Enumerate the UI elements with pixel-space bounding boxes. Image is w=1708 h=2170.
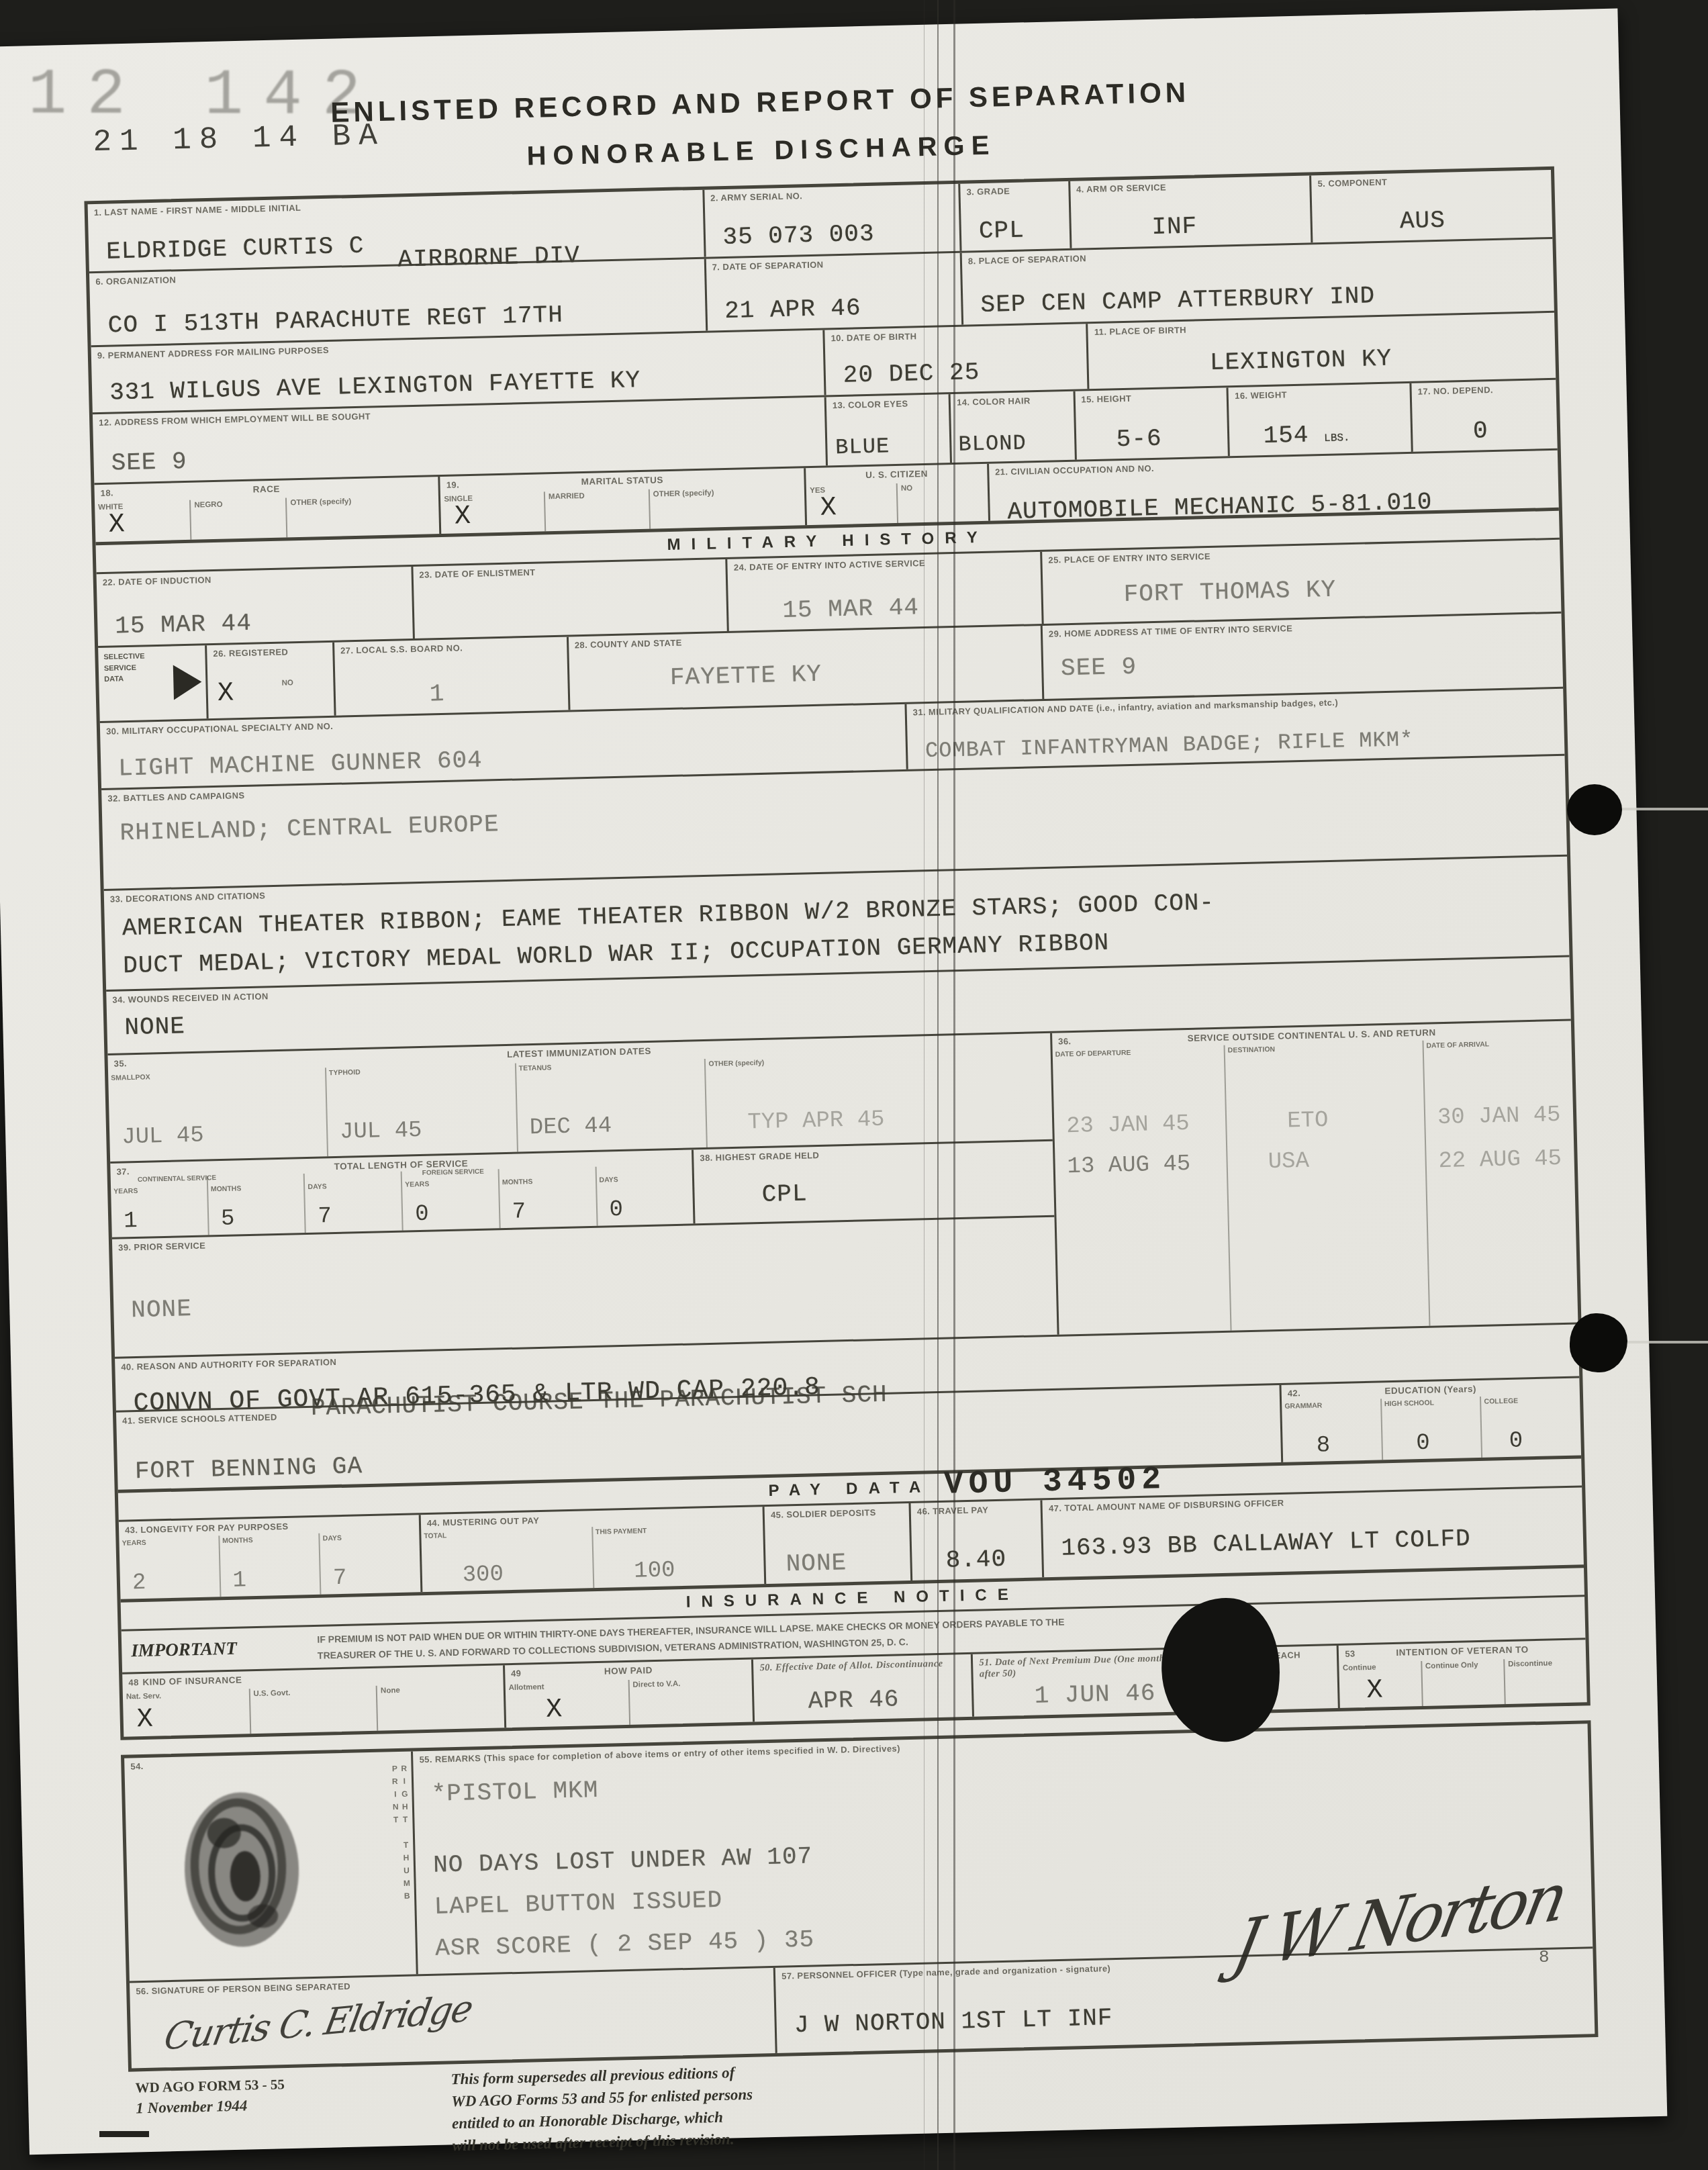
supersedes-note: This form supersedes all previous editio…	[450, 2061, 754, 2157]
foreign-years-value: 0	[415, 1202, 429, 1227]
field-6-value: CO I 513TH PARACHUTE REGT 17TH	[107, 301, 563, 340]
field-6-value2: AIRBORNE DIV	[397, 242, 580, 273]
registered-yes-mark: X	[217, 678, 234, 709]
kind-none: None	[376, 1683, 504, 1730]
edge-mark: 8	[1539, 1947, 1550, 1967]
field-48-kind: 48 KIND OF INSURANCE Nat. Serv.X U.S. Go…	[122, 1665, 504, 1736]
field-15-value: 5-6	[1116, 425, 1162, 454]
field-28-label: 28. COUNTY AND STATE	[575, 638, 682, 651]
field-56-label: 56. SIGNATURE OF PERSON BEING SEPARATED	[136, 1981, 350, 1997]
separatee-signature: Curtis C. Eldridge	[160, 1987, 475, 2059]
field-11-label: 11. PLACE OF BIRTH	[1094, 325, 1187, 338]
mustering-total-value: 300	[462, 1562, 504, 1588]
continental-years: CONTINENTAL SERVICEYEARS1	[111, 1176, 208, 1237]
marital-other: OTHER (specify)	[649, 485, 806, 528]
field-43-longevity: 43. LONGEVITY FOR PAY PURPOSES YEARS2 MO…	[119, 1515, 420, 1599]
field-23-enlistment: 23. DATE OF ENLISTMENT	[411, 559, 727, 639]
field-9-value: 331 WILGUS AVE LEXINGTON FAYETTE KY	[109, 367, 641, 407]
how-paid-options: AllotmentX Direct to V.A.	[505, 1677, 753, 1728]
citizen-yes: YESX	[806, 483, 897, 525]
immunization-smallpox: SMALLPOX JUL 45	[108, 1068, 327, 1161]
mustering-cols: TOTAL300 THIS PAYMENT100	[421, 1523, 764, 1592]
field-27-label: 27. LOCAL S.S. BOARD NO.	[340, 643, 463, 656]
field-1-label: 1. LAST NAME - FIRST NAME - MIDDLE INITI…	[94, 203, 301, 218]
important-label: IMPORTANT	[131, 1638, 237, 1662]
how-paid-allotment: AllotmentX	[505, 1680, 628, 1728]
field-13-label: 13. COLOR EYES	[833, 399, 908, 411]
field-49-how-paid: 49 HOW PAID AllotmentX Direct to V.A.	[503, 1660, 753, 1728]
field-32-value: RHINELAND; CENTRAL EUROPE	[120, 810, 500, 847]
important-cell: IMPORTANT	[122, 1627, 313, 1672]
field-3-label: 3. GRADE	[966, 186, 1010, 197]
field-57-label: 57. PERSONNEL OFFICER (Type name, grade …	[781, 1963, 1110, 1981]
field-5-label: 5. COMPONENT	[1317, 177, 1387, 189]
education-college: COLLEGE0	[1480, 1394, 1581, 1457]
field-3-grade: 3. GRADE CPL	[958, 181, 1070, 251]
field-16-label: 16. WEIGHT	[1235, 389, 1287, 401]
citizen-no: NO	[896, 481, 988, 523]
field-37-length: 37. TOTAL LENGTH OF SERVICE CONTINENTAL …	[110, 1149, 694, 1237]
kind-us-govt: U.S. Govt.	[248, 1686, 377, 1734]
arrow-right-icon	[173, 664, 202, 700]
field-23-label: 23. DATE OF ENLISTMENT	[419, 567, 536, 581]
scan-mark	[99, 2131, 149, 2137]
field-39-value: NONE	[131, 1295, 192, 1324]
foreign-days-value: 0	[609, 1197, 623, 1223]
registered-no-label: NO	[281, 679, 293, 687]
education-grammar: GRAMMAR8	[1282, 1399, 1382, 1462]
field-25-value: FORT THOMAS KY	[1123, 576, 1336, 608]
row-mid: 35. LATEST IMMUNIZATION DATES SMALLPOX J…	[107, 1019, 1578, 1357]
serial-stamp: 21 18 14 BA	[93, 118, 386, 160]
weight-unit: LBS.	[1324, 432, 1350, 444]
field-38-value: CPL	[761, 1180, 808, 1209]
field-57-personnel-officer: 57. PERSONNEL OFFICER (Type name, grade …	[773, 1948, 1595, 2053]
field-24-label: 24. DATE OF ENTRY INTO ACTIVE SERVICE	[734, 558, 926, 573]
field-48-num: 48	[128, 1677, 139, 1688]
field-7-label: 7. DATE OF SEPARATION	[712, 259, 823, 272]
field-25-entry-place: 25. PLACE OF ENTRY INTO SERVICE FORT THO…	[1040, 540, 1561, 624]
departure-col: DATE OF DEPARTURE 23 JAN 45 13 AUG 45	[1053, 1045, 1231, 1335]
field-8-place-separation: 8. PLACE OF SEPARATION SEP CEN CAMP ATTE…	[960, 239, 1554, 325]
intention-options: ContinueX Continue Only Discontinue	[1339, 1657, 1587, 1708]
field-15-label: 15. HEIGHT	[1081, 393, 1131, 405]
field-29-label: 29. HOME ADDRESS AT TIME OF ENTRY INTO S…	[1049, 623, 1293, 639]
destination-1: ETO	[1287, 1108, 1329, 1134]
how-paid-direct: Direct to V.A.	[628, 1677, 753, 1725]
field-4-value: INF	[1151, 212, 1198, 241]
field-52-premium: 52. PREMIUM DUE EACH MONTH	[1183, 1646, 1338, 1711]
field-56-signature: 56. SIGNATURE OF PERSON BEING SEPARATED …	[130, 1968, 775, 2069]
field-22-label: 22. DATE OF INDUCTION	[103, 575, 211, 587]
field-39-label: 39. PRIOR SERVICE	[118, 1241, 205, 1254]
field-30-value: LIGHT MACHINE GUNNER 604	[118, 747, 483, 783]
field-41-value2: FORT BENNING GA	[135, 1452, 363, 1485]
field-25-label: 25. PLACE OF ENTRY INTO SERVICE	[1048, 551, 1211, 565]
destination-2: USA	[1268, 1149, 1309, 1175]
intention-discontinue: Discontinue	[1503, 1657, 1587, 1704]
field-22-induction: 22. DATE OF INDUCTION 15 MAR 44	[97, 567, 413, 646]
field-14-value: BLOND	[958, 430, 1027, 457]
field-5-value: AUS	[1400, 207, 1446, 236]
field-12-label: 12. ADDRESS FROM WHICH EMPLOYMENT WILL B…	[99, 411, 371, 428]
field-48-title: KIND OF INSURANCE	[142, 1674, 242, 1687]
scan-fold-line	[924, 0, 924, 2170]
remarks-line3: LAPEL BUTTON ISSUED	[434, 1887, 722, 1921]
field-10-label: 10. DATE OF BIRTH	[831, 331, 916, 344]
field-38-label: 38. HIGHEST GRADE HELD	[700, 1150, 819, 1164]
field-50-label: 50. Effective Date of Allot. Discontinua…	[759, 1658, 965, 1674]
college-years: 0	[1509, 1428, 1523, 1454]
field-51-label: 51. Date of Next Premium Due (One month …	[979, 1653, 1178, 1681]
race-white: WHITEX	[95, 500, 191, 542]
intention-mark: X	[1366, 1675, 1383, 1706]
field-16-value: 154 LBS.	[1263, 420, 1350, 450]
longevity-years: YEARS2	[119, 1536, 220, 1599]
field-20-title: U. S. CITIZEN	[806, 467, 988, 481]
longevity-cols: YEARS2 MONTHS1 DAYS7	[119, 1531, 420, 1599]
immunization-other: OTHER (specify) TYP APR 45	[704, 1051, 1056, 1147]
field-8-value: SEP CEN CAMP ATTERBURY IND	[980, 282, 1376, 319]
other-date: TYP APR 45	[747, 1107, 885, 1136]
field-49-title: HOW PAID	[505, 1663, 752, 1679]
field-46-travel: 46. TRAVEL PAY 8.40	[909, 1500, 1043, 1581]
tetanus-date: DEC 44	[529, 1113, 612, 1141]
grammar-years: 8	[1316, 1433, 1330, 1458]
field-55-label: 55. REMARKS (This space for completion o…	[419, 1743, 900, 1764]
field-50-effective: 50. Effective Date of Allot. Discontinua…	[751, 1654, 972, 1722]
field-3-value: CPL	[978, 216, 1025, 245]
field-8-label: 8. PLACE OF SEPARATION	[968, 253, 1086, 267]
field-30-label: 30. MILITARY OCCUPATIONAL SPECIALTY AND …	[106, 721, 333, 737]
field-13-value: BLUE	[835, 434, 890, 460]
field-34-value: NONE	[124, 1012, 185, 1041]
mustering-payment: THIS PAYMENT100	[591, 1523, 765, 1588]
arrival-1: 30 JAN 45	[1437, 1102, 1561, 1131]
field-9-label: 9. PERMANENT ADDRESS FOR MAILING PURPOSE…	[97, 345, 330, 361]
highschool-years: 0	[1416, 1431, 1430, 1456]
field-27-value: 1	[429, 680, 445, 708]
field-5-component: 5. COMPONENT AUS	[1309, 170, 1552, 242]
field-33-label: 33. DECORATIONS AND CITATIONS	[110, 890, 266, 904]
field-54-num: 54.	[130, 1761, 144, 1772]
mid-left: 35. LATEST IMMUNIZATION DATES SMALLPOX J…	[107, 1033, 1057, 1357]
field-24-active-service: 24. DATE OF ENTRY INTO ACTIVE SERVICE 15…	[726, 552, 1042, 631]
mustering-total: TOTAL300	[421, 1527, 593, 1592]
field-2-serial: 2. ARMY SERIAL NO. 35 073 003	[702, 184, 960, 257]
departure-1: 23 JAN 45	[1066, 1111, 1190, 1139]
education-highschool: HIGH SCHOOL0	[1380, 1397, 1482, 1460]
marital-single: SINGLEX	[440, 491, 544, 534]
smallpox-date: JUL 45	[122, 1123, 204, 1150]
remarks-line1: *PISTOL MKM	[431, 1777, 599, 1808]
foreign-months: MONTHS7	[497, 1167, 596, 1229]
field-53-title: INTENTION OF VETERAN TO	[1339, 1643, 1586, 1659]
typhoid-date: JUL 45	[340, 1118, 422, 1145]
foreign-months-value: 7	[512, 1200, 526, 1225]
field-44-label: 44. MUSTERING OUT PAY	[427, 1515, 540, 1529]
mustering-payment-value: 100	[634, 1558, 675, 1584]
arrival-col: DATE OF ARRIVAL 30 JAN 45 22 AUG 45	[1422, 1037, 1580, 1325]
overseas-cols: DATE OF DEPARTURE 23 JAN 45 13 AUG 45 DE…	[1053, 1037, 1578, 1335]
field-51-next-premium: 51. Date of Next Premium Due (One month …	[971, 1649, 1184, 1716]
scanned-paper: 12 142 ENLISTED RECORD AND REPORT OF SEP…	[0, 9, 1667, 2155]
remarks-line2: NO DAYS LOST UNDER AW 107	[433, 1843, 813, 1879]
punch-hole	[1567, 784, 1622, 835]
field-18-race: 18. RACE WHITEX NEGRO OTHER (specify)	[94, 477, 439, 542]
race-other: OTHER (specify)	[285, 494, 439, 537]
field-14-label: 14. COLOR HAIR	[957, 395, 1031, 408]
kind-options: Nat. Serv.X U.S. Govt. None	[123, 1683, 504, 1736]
field-1-value: ELDRIDGE CURTIS C	[106, 232, 365, 266]
education-cols: GRAMMAR8 HIGH SCHOOL0 COLLEGE0	[1282, 1394, 1581, 1462]
field-53-intention: 53 INTENTION OF VETERAN TO ContinueX Con…	[1337, 1640, 1587, 1708]
field-47-label: 47. TOTAL AMOUNT NAME OF DISBURSING OFFI…	[1049, 1498, 1284, 1514]
field-14-hair: 14. COLOR HAIR BLOND	[949, 391, 1075, 463]
citizen-options: YESX NO	[806, 481, 988, 525]
field-29-home-address: 29. HOME ADDRESS AT TIME OF ENTRY INTO S…	[1041, 614, 1563, 699]
field-45-label: 45. SOLDIER DEPOSITS	[771, 1507, 876, 1520]
punch-hole	[1570, 1313, 1627, 1372]
scan-fold-line	[953, 0, 955, 2170]
field-44-mustering: 44. MUSTERING OUT PAY TOTAL300 THIS PAYM…	[419, 1507, 765, 1592]
field-4-arm: 4. ARM OR SERVICE INF	[1068, 175, 1311, 248]
field-47-value: 163.93 BB CALLAWAY LT COLFD	[1061, 1525, 1471, 1562]
field-38-grade-held: 38. HIGHEST GRADE HELD CPL	[692, 1141, 1054, 1224]
field-26-label: 26. REGISTERED	[213, 647, 288, 659]
longevity-days-value: 7	[333, 1566, 347, 1591]
field-2-label: 2. ARMY SERIAL NO.	[710, 191, 802, 203]
immunization-typhoid: TYPHOID JUL 45	[325, 1064, 517, 1156]
field-15-height: 15. HEIGHT 5-6	[1073, 387, 1228, 459]
foreign-days: DAYS0	[595, 1164, 694, 1226]
field-29-value: SEE 9	[1061, 653, 1137, 683]
scan-fold-line	[937, 0, 939, 2170]
field-17-value: 0	[1473, 417, 1489, 445]
longevity-months: MONTHS1	[218, 1534, 320, 1597]
marital-married: MARRIED	[544, 489, 649, 532]
intention-continue: ContinueX	[1339, 1661, 1422, 1708]
field-6-label: 6. ORGANIZATION	[95, 275, 176, 287]
field-28-value: FAYETTE KY	[670, 661, 822, 692]
field-17-label: 17. NO. DEPEND.	[1417, 385, 1493, 397]
race-negro: NEGRO	[189, 498, 287, 539]
field-16-weight: 16. WEIGHT 154 LBS.	[1227, 383, 1411, 456]
remarks-line4: ASR SCORE ( 2 SEP 45 ) 35	[435, 1926, 815, 1963]
field-26-registered: 26. REGISTERED X NO	[205, 643, 334, 718]
field-22-value: 15 MAR 44	[115, 610, 252, 641]
intention-continue-only: Continue Only	[1421, 1659, 1505, 1706]
field-45-value: NONE	[786, 1549, 847, 1578]
field-7-date-separation: 7. DATE OF SEPARATION 21 APR 46	[704, 253, 961, 331]
destination-col: DESTINATION ETO USA	[1224, 1041, 1429, 1331]
citizen-yes-mark: X	[820, 493, 837, 524]
field-34-label: 34. WOUNDS RECEIVED IN ACTION	[112, 991, 268, 1005]
field-27-board: 27. LOCAL S.S. BOARD NO. 1	[332, 637, 568, 716]
field-12-value: SEE 9	[111, 448, 187, 477]
field-2-value: 35 073 003	[722, 220, 875, 251]
field-45-deposits: 45. SOLDIER DEPOSITS NONE	[763, 1503, 911, 1584]
field-28-county: 28. COUNTY AND STATE FAYETTE KY	[567, 626, 1043, 710]
field-19-marital: 19. MARITAL STATUS SINGLEX MARRIED OTHER…	[438, 468, 806, 534]
field-32-label: 32. BATTLES AND CAMPAIGNS	[107, 790, 244, 804]
field-31-value: COMBAT INFANTRYMAN BADGE; RIFLE MKM*	[925, 727, 1414, 763]
continental-months-value: 5	[220, 1207, 234, 1232]
field-11-value: LEXINGTON KY	[1210, 345, 1392, 377]
form-number: WD AGO FORM 53 - 55	[135, 2076, 285, 2096]
longevity-days: DAYS7	[319, 1531, 421, 1594]
field-35-immunization: 35. LATEST IMMUNIZATION DATES SMALLPOX J…	[107, 1033, 1052, 1162]
form-main: 1. LAST NAME - FIRST NAME - MIDDLE INITI…	[84, 167, 1590, 1740]
field-54-thumbprint: 54. RIGHT THUMB PRINT	[124, 1752, 416, 1981]
form-bottom: 54. RIGHT THUMB PRINT 55. REMARKS (This …	[121, 1720, 1599, 2071]
field-36-overseas: 36. SERVICE OUTSIDE CONTINENTAL U. S. AN…	[1050, 1021, 1578, 1335]
continental-months: MONTHS5	[206, 1174, 305, 1235]
field-21-label: 21. CIVILIAN OCCUPATION AND NO.	[995, 463, 1154, 477]
kind-nat-serv: Nat. Serv.X	[123, 1689, 250, 1736]
field-39-prior-service: 39. PRIOR SERVICE NONE	[112, 1215, 1057, 1357]
kind-mark: X	[136, 1705, 153, 1736]
field-24-value: 15 MAR 44	[782, 594, 919, 624]
longevity-months-value: 1	[232, 1568, 246, 1593]
longevity-years-value: 2	[132, 1570, 146, 1596]
field-11-birth-place: 11. PLACE OF BIRTH LEXINGTON KY	[1086, 313, 1556, 389]
field-4-label: 4. ARM OR SERVICE	[1076, 182, 1166, 195]
selective-service-cell: SELECTIVE SERVICE DATA	[98, 645, 207, 721]
thumbprint-image	[156, 1781, 328, 1952]
thumbprint-side-label: RIGHT THUMB PRINT	[390, 1764, 414, 1970]
field-17-dependents: 17. NO. DEPEND. 0	[1409, 380, 1557, 452]
field-10-value: 20 DEC 25	[843, 359, 980, 389]
race-white-mark: X	[108, 510, 125, 540]
continental-years-value: 1	[124, 1209, 138, 1234]
continental-days-value: 7	[318, 1205, 332, 1230]
field-43-label: 43. LONGEVITY FOR PAY PURPOSES	[125, 1521, 289, 1536]
field-7-value: 21 APR 46	[724, 294, 861, 325]
field-42-education: 42. EDUCATION (Years) GRAMMAR8 HIGH SCHO…	[1280, 1378, 1581, 1462]
marital-single-mark: X	[454, 502, 471, 532]
field-13-eyes: 13. COLOR EYES BLUE	[824, 394, 951, 465]
departure-2: 13 AUG 45	[1067, 1151, 1190, 1180]
arrival-2: 22 AUG 45	[1438, 1146, 1562, 1174]
continental-days: DAYS7	[303, 1172, 402, 1233]
form-date: 1 November 1944	[136, 2097, 248, 2117]
field-50-value: APR 46	[808, 1685, 900, 1715]
field-51-value: 1 JUN 46	[1034, 1679, 1156, 1709]
foreign-years: FOREIGN SERVICEYEARS0	[401, 1169, 500, 1231]
how-paid-mark: X	[546, 1695, 563, 1726]
immunization-tetanus: TETANUS DEC 44	[515, 1059, 707, 1151]
field-47-disbursing: 47. TOTAL AMOUNT NAME OF DISBURSING OFFI…	[1041, 1487, 1584, 1577]
field-20-citizen: U. S. CITIZEN YESX NO	[804, 464, 988, 525]
field-40-label: 40. REASON AND AUTHORITY FOR SEPARATION	[121, 1357, 336, 1372]
